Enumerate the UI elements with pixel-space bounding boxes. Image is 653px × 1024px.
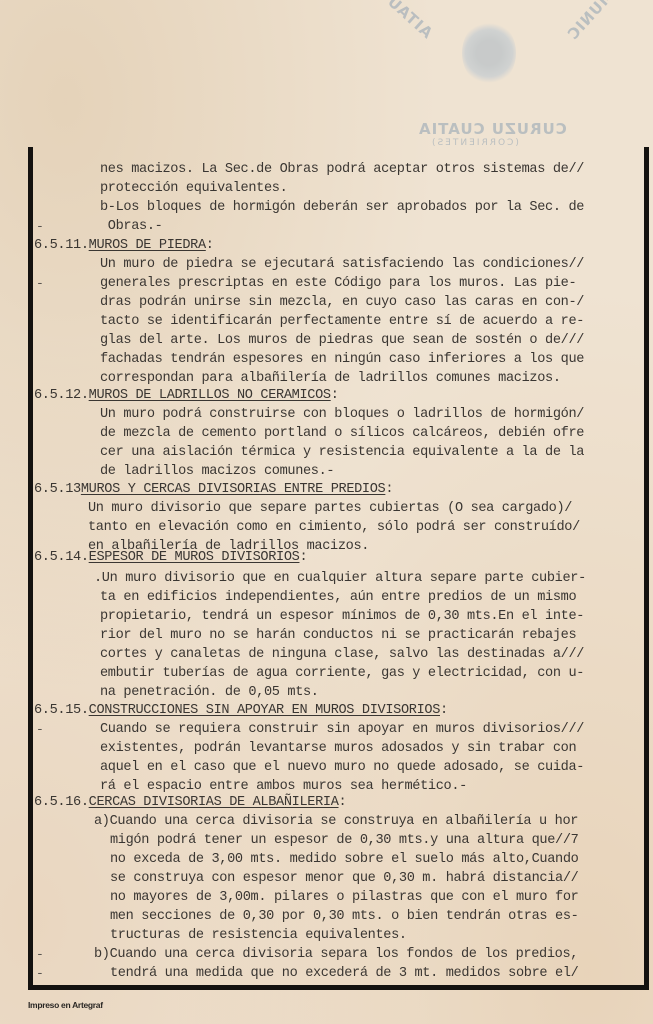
text-line: no mayores de 3,00m. pilares o pilastras… bbox=[110, 888, 578, 907]
coat-of-arms-icon bbox=[462, 20, 516, 86]
text-line: propietario, tendrá un espesor mínimos d… bbox=[100, 607, 584, 626]
text-line: Obras.- bbox=[100, 217, 162, 236]
section-title-colon: : bbox=[339, 795, 347, 810]
section-heading: 6.5.14.ESPESOR DE MUROS DIVISORIOS: bbox=[34, 548, 307, 567]
section-number: 6.5.14. bbox=[34, 550, 89, 565]
section-title: MUROS DE PIEDRA bbox=[89, 238, 206, 253]
section-title-colon: : bbox=[440, 703, 448, 718]
text-line: nes macizos. La Sec.de Obras podrá acept… bbox=[100, 160, 584, 179]
text-line: de ladrillos macizos comunes.- bbox=[100, 462, 334, 481]
section-number: 6.5.15. bbox=[34, 703, 89, 718]
section-title: MUROS Y CERCAS DIVISORIAS ENTRE PREDIOS bbox=[81, 482, 386, 497]
margin-mark: - bbox=[36, 217, 44, 236]
text-line: no exceda de 3,00 mts. medido sobre el s… bbox=[110, 850, 578, 869]
section-heading: 6.5.16.CERCAS DIVISORIAS DE ALBAÑILERIA: bbox=[34, 793, 346, 812]
text-line: existentes, podrán levantarse muros ados… bbox=[100, 739, 576, 758]
text-line: na penetración. de 0,05 mts. bbox=[100, 683, 319, 702]
text-line: ta en edificios independientes, aún entr… bbox=[100, 588, 576, 607]
margin-mark: - bbox=[36, 274, 44, 293]
margin-mark: - bbox=[36, 945, 44, 964]
section-title-colon: : bbox=[206, 238, 214, 253]
section-heading: 6.5.11.MUROS DE PIEDRA: bbox=[34, 236, 214, 255]
text-line: fachadas tendrán espesores en ningún cas… bbox=[100, 350, 584, 369]
text-line: se construya con espesor menor que 0,30 … bbox=[110, 869, 578, 888]
text-line: Cuando se requiera construir sin apoyar … bbox=[100, 720, 584, 739]
text-line: embutir tuberías de agua corriente, gas … bbox=[100, 664, 584, 683]
text-line: b)Cuando una cerca divisoria separa los … bbox=[94, 945, 578, 964]
text-line: cer una aislación térmica y resistencia … bbox=[100, 443, 584, 462]
text-line: de mezcla de cemento portland o sílicos … bbox=[100, 424, 584, 443]
letterhead-arc-right: MUNIC bbox=[563, 0, 617, 44]
text-line: tanto en elevación como en cimiento, sól… bbox=[88, 518, 580, 537]
section-number: 6.5.11. bbox=[34, 238, 89, 253]
section-title-colon: : bbox=[385, 482, 393, 497]
section-number: 6.5.16. bbox=[34, 795, 89, 810]
text-line: a)Cuando una cerca divisoria se construy… bbox=[94, 812, 578, 831]
text-line: glas del arte. Los muros de piedras que … bbox=[100, 331, 584, 350]
text-line: rior del muro no se harán conductos ni s… bbox=[100, 626, 576, 645]
text-line: migón podrá tener un espesor de 0,30 mts… bbox=[110, 831, 578, 850]
text-line: protección equivalentes. bbox=[100, 179, 287, 198]
section-title: ESPESOR DE MUROS DIVISORIOS bbox=[89, 550, 300, 565]
text-line: dras podrán unirse sin mezcla, en cuyo c… bbox=[100, 293, 584, 312]
printer-imprint: Impreso en Artegraf bbox=[28, 1000, 103, 1010]
text-line: b-Los bloques de hormigón deberán ser ap… bbox=[100, 198, 584, 217]
text-line: Un muro de piedra se ejecutará satisfaci… bbox=[100, 255, 584, 274]
text-line: cortes y canaletas de ninguna clase, sal… bbox=[100, 645, 584, 664]
text-line: men secciones de 0,30 por 0,30 mts. o bi… bbox=[110, 907, 578, 926]
letterhead-city: CURUZU CUATIA bbox=[418, 120, 567, 138]
section-title-colon: : bbox=[331, 388, 339, 403]
margin-mark: - bbox=[36, 964, 44, 983]
margin-mark: - bbox=[36, 720, 44, 739]
section-title: CERCAS DIVISORIAS DE ALBAÑILERIA bbox=[89, 795, 339, 810]
text-line: generales prescriptas en este Código par… bbox=[100, 274, 576, 293]
text-line: Un muro podrá construirse con bloques o … bbox=[100, 405, 584, 424]
section-heading: 6.5.13MUROS Y CERCAS DIVISORIAS ENTRE PR… bbox=[34, 480, 393, 499]
text-line: aquel en el caso que el nuevo muro no qu… bbox=[100, 758, 584, 777]
letterhead-arc-left: AITAUC bbox=[375, 0, 437, 42]
section-number: 6.5.13 bbox=[34, 482, 81, 497]
section-title: MUROS DE LADRILLOS NO CERAMICOS bbox=[89, 388, 331, 403]
section-heading: 6.5.15.CONSTRUCCIONES SIN APOYAR EN MURO… bbox=[34, 701, 448, 720]
section-number: 6.5.12. bbox=[34, 388, 89, 403]
text-line: .Un muro divisorio que en cualquier altu… bbox=[94, 569, 586, 588]
section-title: CONSTRUCCIONES SIN APOYAR EN MUROS DIVIS… bbox=[89, 703, 440, 718]
section-heading: 6.5.12.MUROS DE LADRILLOS NO CERAMICOS: bbox=[34, 386, 339, 405]
text-line: tacto se identificarán perfectamente ent… bbox=[100, 312, 584, 331]
text-line: tendrá una medida que no excederá de 3 m… bbox=[110, 964, 578, 983]
section-title-colon: : bbox=[299, 550, 307, 565]
text-line: tructuras de resistencia equivalentes. bbox=[110, 926, 407, 945]
text-line: Un muro divisorio que separe partes cubi… bbox=[88, 499, 572, 518]
